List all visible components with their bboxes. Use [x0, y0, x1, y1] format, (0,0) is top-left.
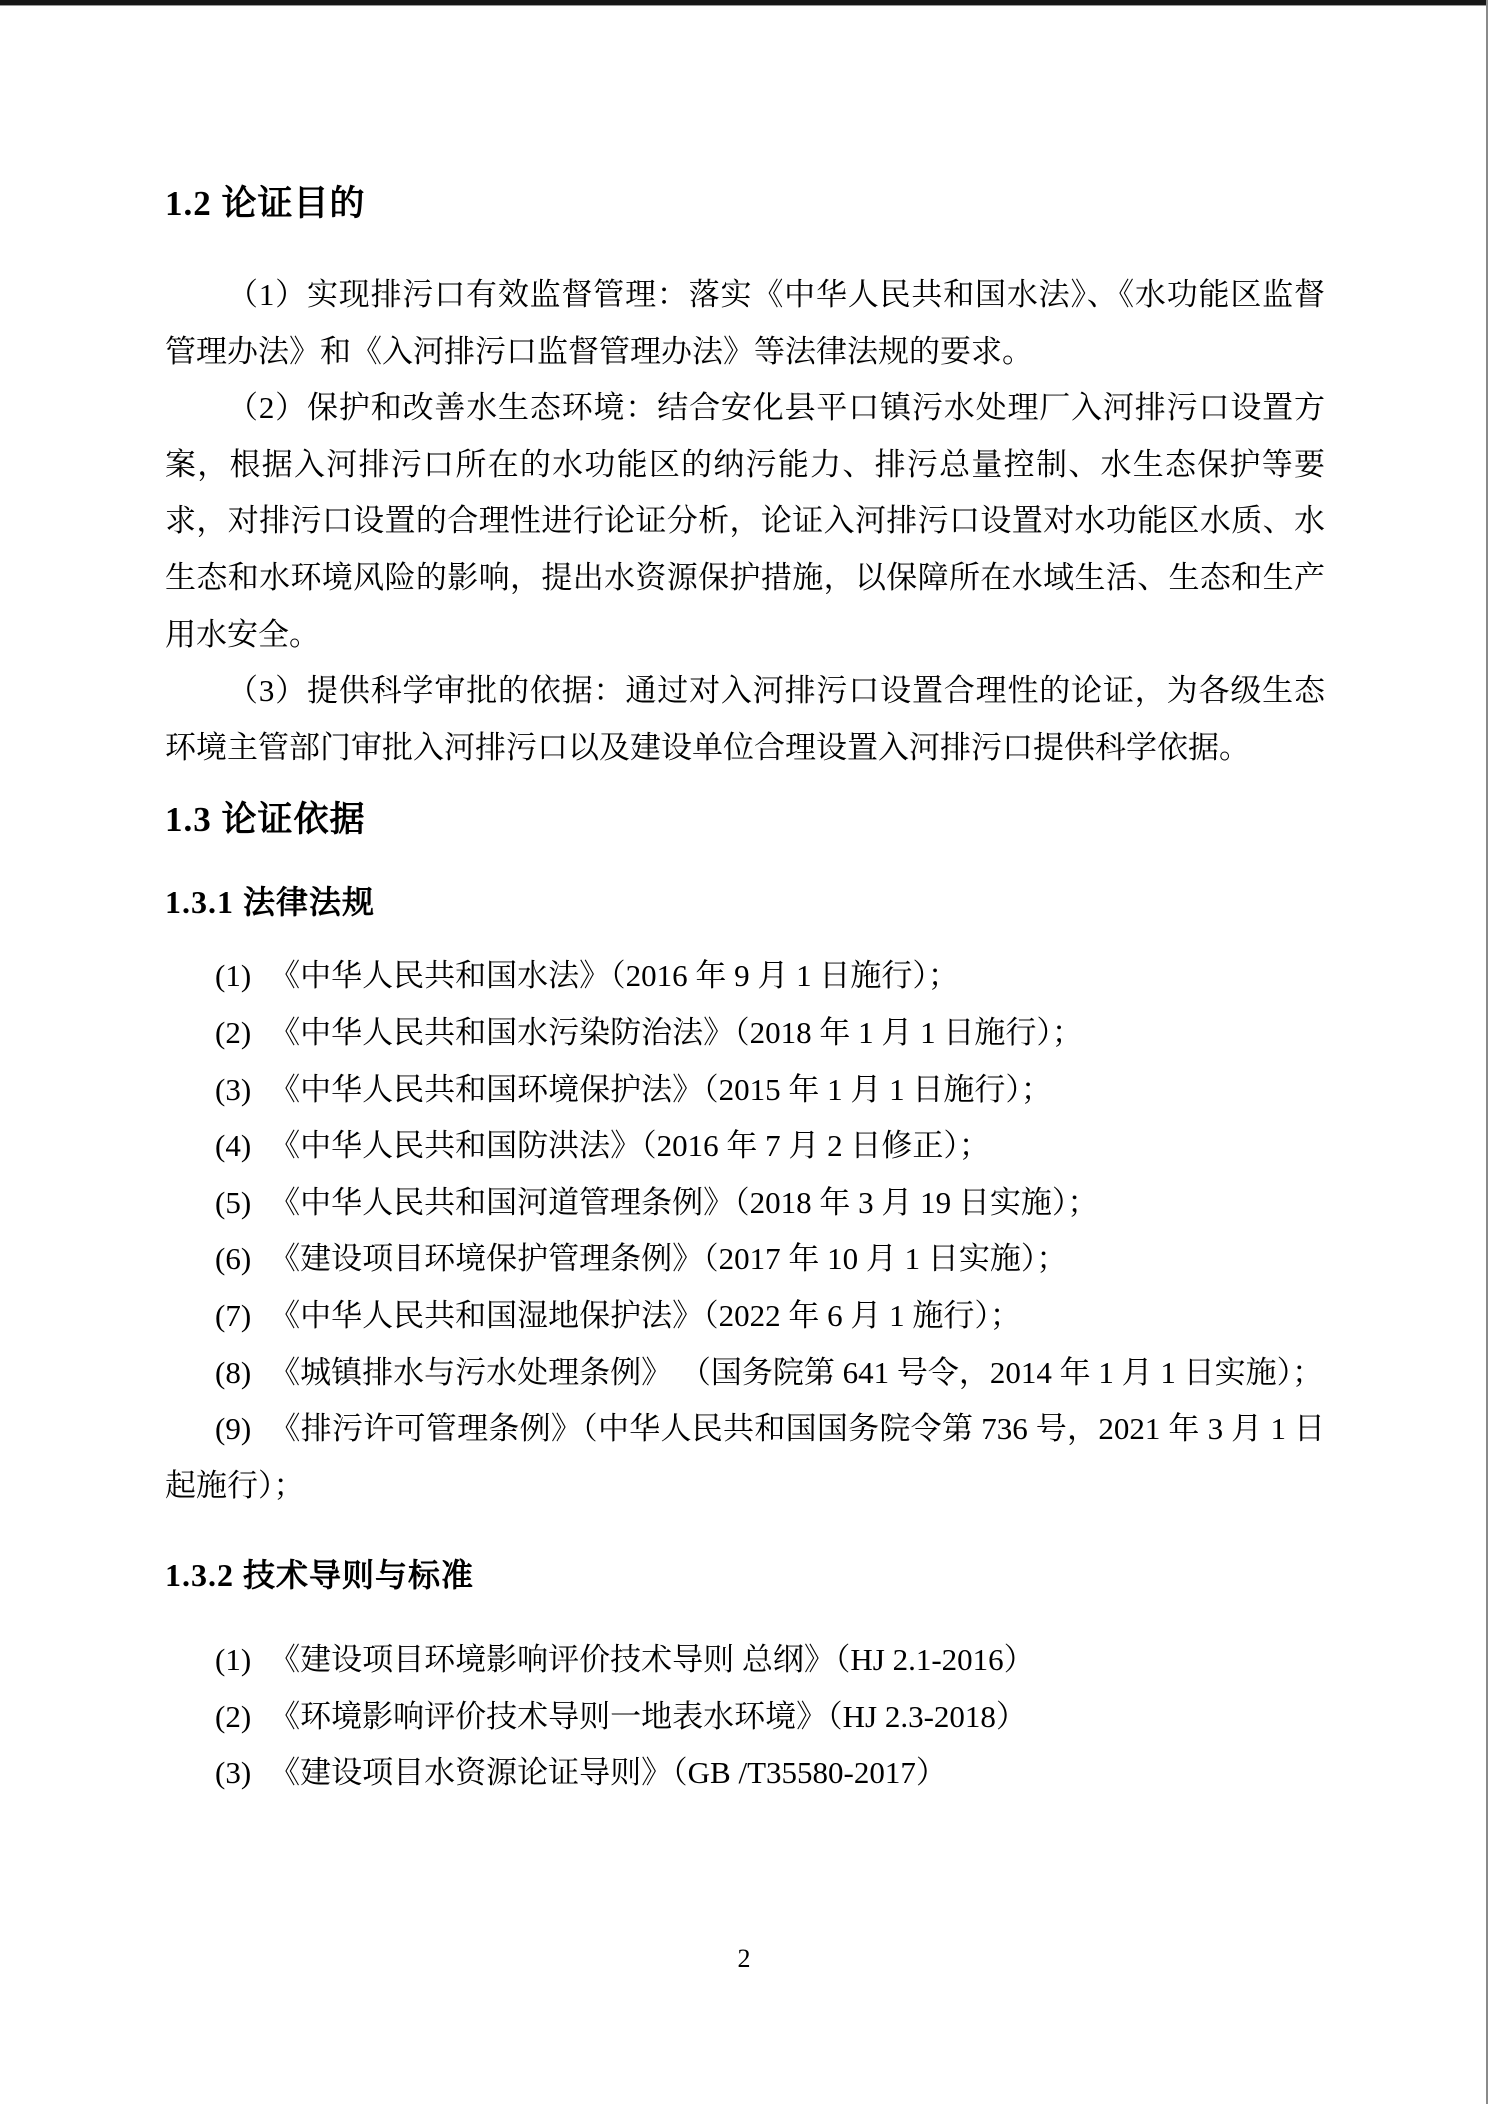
law-item-7: (7)《中华人民共和国湿地保护法》（2022 年 6 月 1 施行）；	[165, 1288, 1325, 1345]
standard-item-2-number: (2)	[215, 1699, 251, 1734]
paragraph-2: （2）保护和改善水生态环境：结合安化县平口镇污水处理厂入河排污口设置方案，根据入…	[165, 380, 1325, 663]
standard-item-3-number: (3)	[215, 1755, 251, 1790]
law-item-5-number: (5)	[215, 1185, 251, 1220]
standard-item-3: (3)《建设项目水资源论证导则》（GB /T35580-2017）	[165, 1745, 1325, 1802]
law-item-7-text: 《中华人民共和国湿地保护法》（2022 年 6 月 1 施行）；	[269, 1298, 1021, 1333]
document-page: 1.2 论证目的 （1）实现排污口有效监督管理：落实《中华人民共和国水法》、《水…	[0, 0, 1488, 2104]
law-item-1: (1)《中华人民共和国水法》（2016 年 9 月 1 日施行）；	[165, 948, 1325, 1005]
page-number: 2	[0, 1943, 1488, 1975]
section-heading-1-2: 1.2 论证目的	[165, 180, 1325, 228]
law-item-1-number: (1)	[215, 958, 251, 993]
law-item-8: (8)《城镇排水与污水处理条例》 （国务院第 641 号令，2014 年 1 月…	[165, 1345, 1325, 1402]
standard-item-1: (1)《建设项目环境影响评价技术导则 总纲》（HJ 2.1-2016）	[165, 1632, 1325, 1689]
paragraph-1: （1）实现排污口有效监督管理：落实《中华人民共和国水法》、《水功能区监督管理办法…	[165, 267, 1325, 380]
law-item-9-text: 《排污许可管理条例》（中华人民共和国国务院令第 736 号，2021 年 3 月…	[165, 1411, 1325, 1503]
law-item-3: (3)《中华人民共和国环境保护法》（2015 年 1 月 1 日施行）；	[165, 1062, 1325, 1119]
law-item-5: (5)《中华人民共和国河道管理条例》（2018 年 3 月 19 日实施）；	[165, 1175, 1325, 1232]
subsection-heading-1-3-1: 1.3.1 法律法规	[165, 879, 1325, 925]
law-item-8-text: 《城镇排水与污水处理条例》 （国务院第 641 号令，2014 年 1 月 1 …	[269, 1355, 1323, 1390]
law-item-9: (9)《排污许可管理条例》（中华人民共和国国务院令第 736 号，2021 年 …	[165, 1401, 1325, 1514]
law-item-2-number: (2)	[215, 1015, 251, 1050]
law-item-3-text: 《中华人民共和国环境保护法》（2015 年 1 月 1 日施行）；	[269, 1072, 1052, 1107]
law-item-2: (2)《中华人民共和国水污染防治法》（2018 年 1 月 1 日施行）；	[165, 1005, 1325, 1062]
law-item-2-text: 《中华人民共和国水污染防治法》（2018 年 1 月 1 日施行）；	[269, 1015, 1083, 1050]
law-item-1-text: 《中华人民共和国水法》（2016 年 9 月 1 日施行）；	[269, 958, 959, 993]
paragraph-3: （3）提供科学审批的依据：通过对入河排污口设置合理性的论证，为各级生态环境主管部…	[165, 663, 1325, 776]
standard-item-3-text: 《建设项目水资源论证导则》（GB /T35580-2017）	[269, 1755, 947, 1790]
law-item-6: (6)《建设项目环境保护管理条例》（2017 年 10 月 1 日实施）；	[165, 1231, 1325, 1288]
law-item-3-number: (3)	[215, 1072, 251, 1107]
law-item-4: (4)《中华人民共和国防洪法》（2016 年 7 月 2 日修正）；	[165, 1118, 1325, 1175]
law-item-4-text: 《中华人民共和国防洪法》（2016 年 7 月 2 日修正）；	[269, 1128, 990, 1163]
law-item-5-text: 《中华人民共和国河道管理条例》（2018 年 3 月 19 日实施）；	[269, 1185, 1098, 1220]
law-item-9-number: (9)	[215, 1411, 251, 1446]
law-item-6-number: (6)	[215, 1241, 251, 1276]
standard-item-2: (2)《环境影响评价技术导则一地表水环境》（HJ 2.3-2018）	[165, 1689, 1325, 1746]
law-item-4-number: (4)	[215, 1128, 251, 1163]
standard-list: (1)《建设项目环境影响评价技术导则 总纲》（HJ 2.1-2016） (2)《…	[165, 1632, 1325, 1802]
section-heading-1-3: 1.3 论证依据	[165, 796, 1325, 844]
law-item-7-number: (7)	[215, 1298, 251, 1333]
law-item-6-text: 《建设项目环境保护管理条例》（2017 年 10 月 1 日实施）；	[269, 1241, 1067, 1276]
standard-item-1-text: 《建设项目环境影响评价技术导则 总纲》（HJ 2.1-2016）	[269, 1642, 1035, 1677]
subsection-heading-1-3-2: 1.3.2 技术导则与标准	[165, 1552, 1325, 1598]
law-item-8-number: (8)	[215, 1355, 251, 1390]
standard-item-1-number: (1)	[215, 1642, 251, 1677]
standard-item-2-text: 《环境影响评价技术导则一地表水环境》（HJ 2.3-2018）	[269, 1699, 1027, 1734]
law-list: (1)《中华人民共和国水法》（2016 年 9 月 1 日施行）； (2)《中华…	[165, 948, 1325, 1514]
document-content: 1.2 论证目的 （1）实现排污口有效监督管理：落实《中华人民共和国水法》、《水…	[165, 0, 1325, 1802]
